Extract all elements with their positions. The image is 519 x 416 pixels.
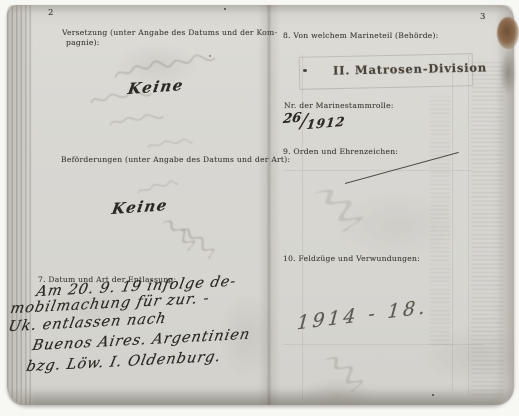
stammrolle-number: 26 bbox=[282, 110, 302, 127]
bleedthrough-table-line bbox=[452, 60, 453, 390]
befoerderungen-label: Beförderungen (unter Angabe des Datums u… bbox=[61, 155, 290, 164]
versetzung-label-line2: pagnie): bbox=[66, 38, 100, 47]
bleedthrough-text-column bbox=[471, 60, 503, 395]
ink-speck bbox=[303, 69, 307, 72]
brown-stain bbox=[497, 17, 519, 49]
center-fold-gutter bbox=[258, 5, 280, 405]
scanned-military-passbook: { "left_page": { "page_number": "2", "ve… bbox=[0, 0, 519, 416]
versetzung-label-line1: Versetzung (unter Angabe des Datums und … bbox=[62, 28, 277, 37]
marineteil-label: 8. Von welchem Marineteil (Behörde): bbox=[283, 31, 439, 40]
right-page-number: 3 bbox=[480, 12, 486, 22]
bleedthrough-table-line bbox=[283, 344, 483, 345]
page-stack-left-edge bbox=[7, 5, 33, 405]
gray-smudge bbox=[500, 52, 516, 94]
bleedthrough-text-column bbox=[430, 95, 450, 345]
left-page-number: 2 bbox=[48, 8, 54, 18]
ink-speck bbox=[432, 394, 434, 396]
orden-label: 9. Orden und Ehrenzeichen: bbox=[283, 147, 398, 156]
ink-speck bbox=[209, 55, 211, 57]
feldzuege-label: 10. Feldzüge und Verwundungen: bbox=[283, 254, 420, 263]
ink-speck bbox=[224, 8, 226, 10]
